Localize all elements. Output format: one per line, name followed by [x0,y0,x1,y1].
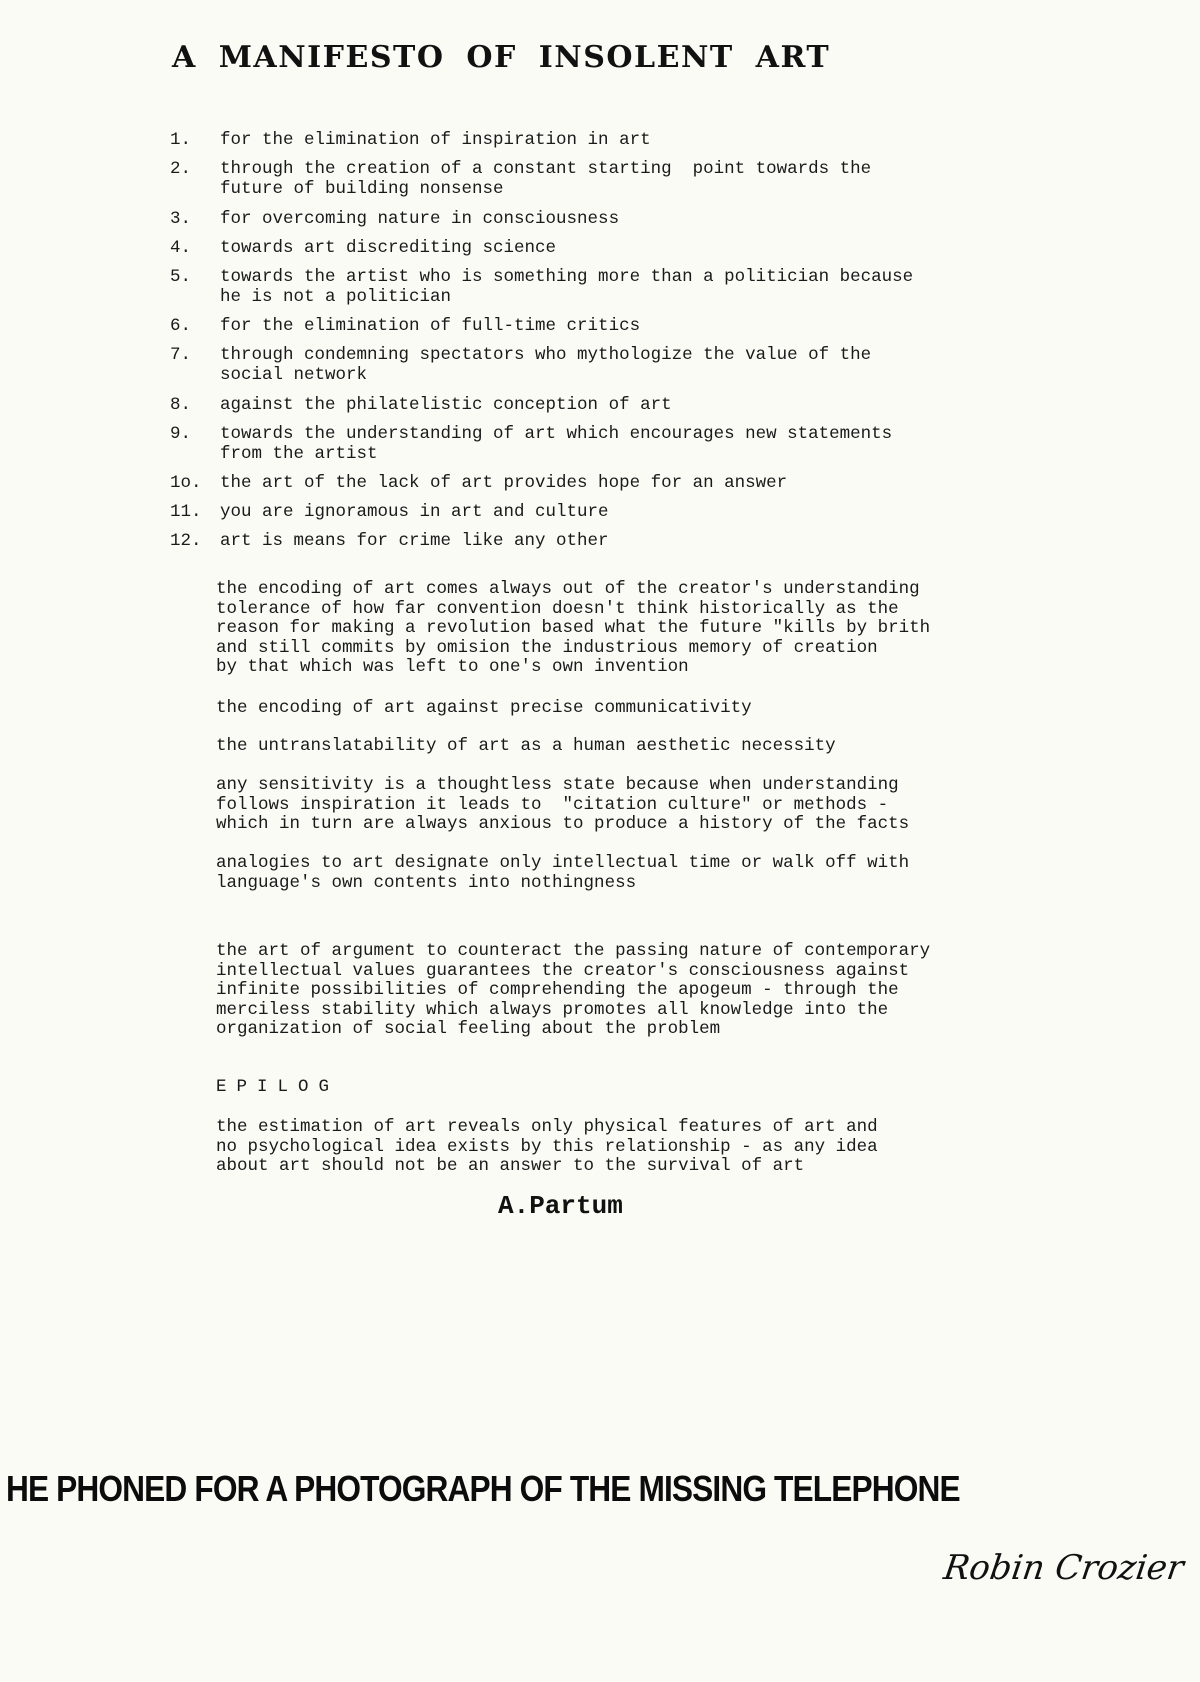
item-text: against the philatelistic conception of … [220,396,672,416]
manifesto-page: A MANIFESTO OF INSOLENT ART 1.for the el… [0,0,1200,1682]
epilog-heading: EPILOG [216,1078,339,1098]
page-title: A MANIFESTO OF INSOLENT ART [172,40,830,75]
list-item: 7.through condemning spectators who myth… [170,346,871,385]
list-item: 2.through the creation of a constant sta… [170,160,871,199]
item-text: towards the artist who is something more… [220,268,913,307]
item-number: 9. [170,425,220,464]
item-number: 3. [170,210,220,230]
epilog-text: the estimation of art reveals only physi… [216,1118,878,1177]
list-item: 12.art is means for crime like any other [170,532,609,552]
item-text: towards the understanding of art which e… [220,425,892,464]
item-text: for the elimination of full-time critics [220,317,640,337]
list-item: 5.towards the artist who is something mo… [170,268,913,307]
item-number: 11. [170,503,220,523]
item-text: the art of the lack of art provides hope… [220,474,787,494]
paragraph: analogies to art designate only intellec… [216,854,909,893]
list-item: 6.for the elimination of full-time criti… [170,317,640,337]
author-name: A.Partum [498,1191,623,1221]
item-number: 7. [170,346,220,385]
handwritten-annotation: HE PHONED FOR A PHOTOGRAPH OF THE MISSIN… [6,1468,960,1510]
item-number: 8. [170,396,220,416]
item-text: towards art discrediting science [220,239,556,259]
item-number: 12. [170,532,220,552]
signature: Robin Crozier [941,1548,1186,1588]
item-text: for overcoming nature in consciousness [220,210,619,230]
list-item: 4.towards art discrediting science [170,239,556,259]
list-item: 11.you are ignoramous in art and culture [170,503,609,523]
item-text: through condemning spectators who mythol… [220,346,871,385]
paragraph: the encoding of art against precise comm… [216,699,752,719]
item-text: for the elimination of inspiration in ar… [220,131,651,151]
list-item: 9.towards the understanding of art which… [170,425,892,464]
item-number: 2. [170,160,220,199]
item-number: 5. [170,268,220,307]
item-text: art is means for crime like any other [220,532,609,552]
list-item: 1o.the art of the lack of art provides h… [170,474,787,494]
paragraph: any sensitivity is a thoughtless state b… [216,776,909,835]
paragraph: the untranslatability of art as a human … [216,737,836,757]
paragraph: the art of argument to counteract the pa… [216,942,930,1040]
paragraph: the encoding of art comes always out of … [216,580,930,678]
list-item: 1.for the elimination of inspiration in … [170,131,651,151]
item-text: you are ignoramous in art and culture [220,503,609,523]
list-item: 8.against the philatelistic conception o… [170,396,672,416]
item-text: through the creation of a constant start… [220,160,871,199]
item-number: 1o. [170,474,220,494]
item-number: 1. [170,131,220,151]
item-number: 4. [170,239,220,259]
item-number: 6. [170,317,220,337]
list-item: 3.for overcoming nature in consciousness [170,210,619,230]
